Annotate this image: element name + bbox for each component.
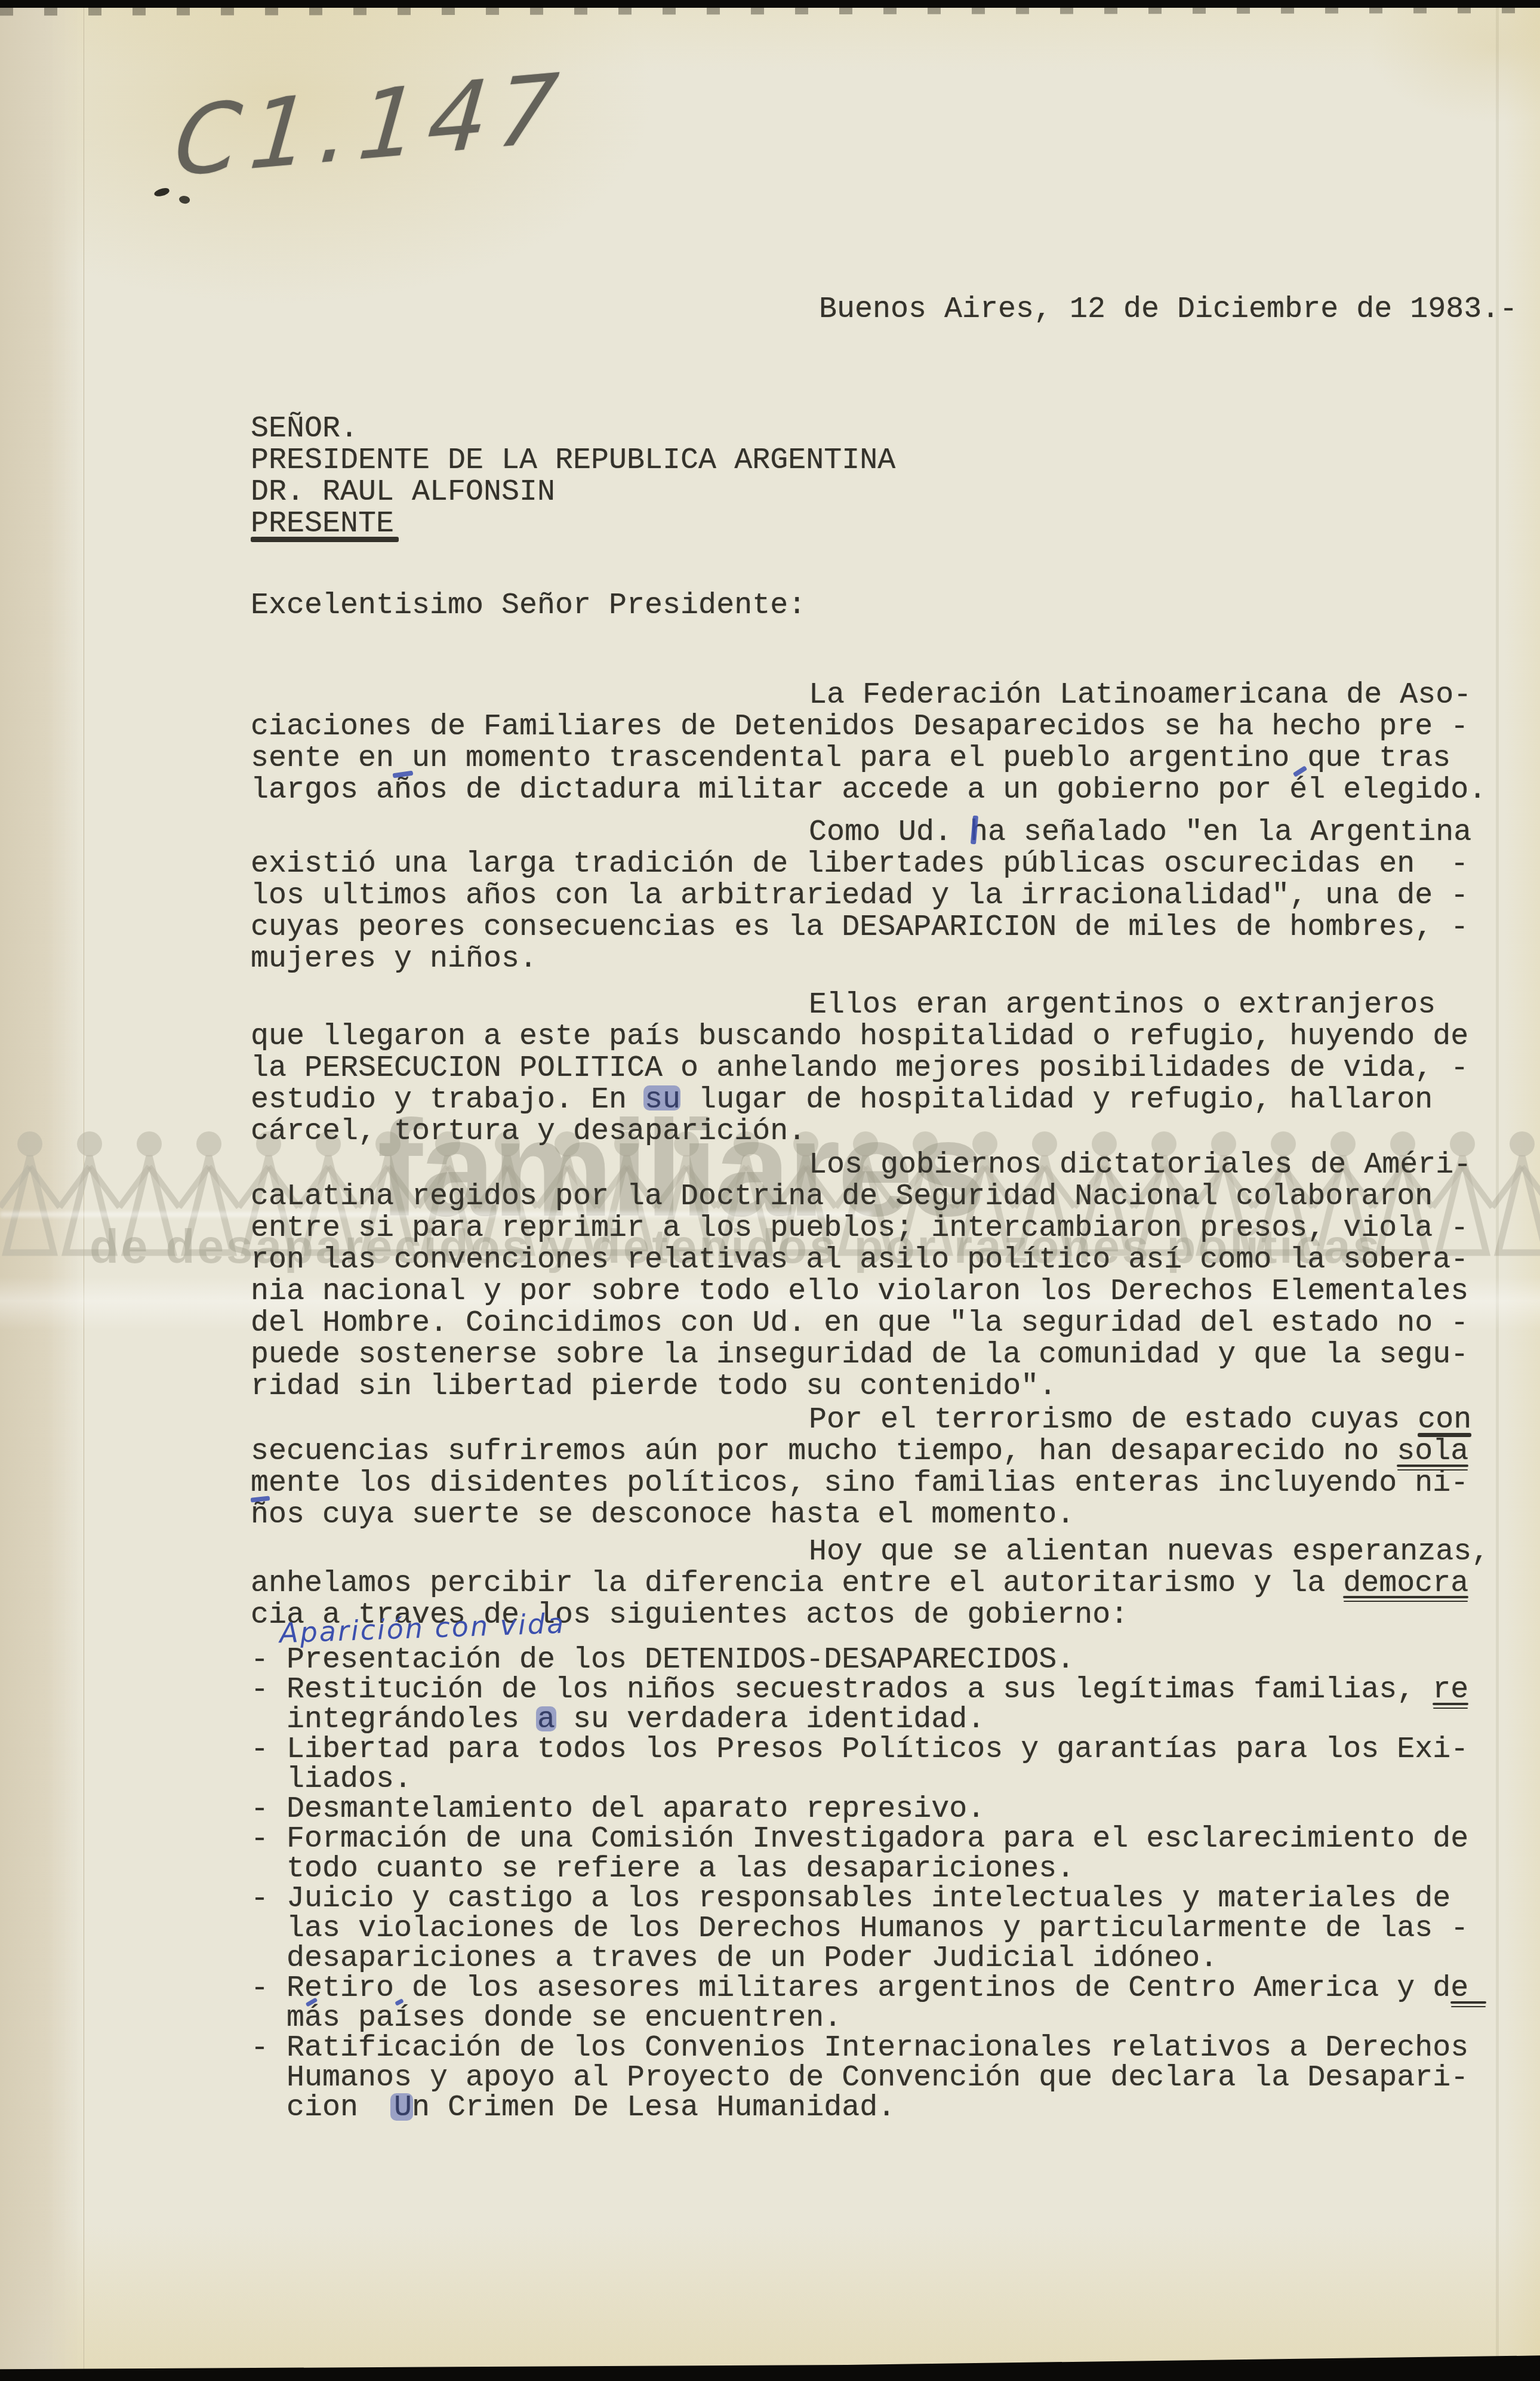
text-line: existió una larga tradición de libertade… [251,848,1471,880]
list-item: - Desmantelamiento del aparato represivo… [251,1795,1468,1825]
list-line: - Libertad para todos los Presos Polític… [251,1735,1468,1765]
text-line: secuencias sufriremos aún por mucho tiem… [251,1436,1471,1468]
text-line: cuyas peores consecuencias es la DESAPAR… [251,912,1471,943]
text-line: Como Ud. ha señalado "en la Argentina [251,817,1471,848]
list-item: - Juicio y castigo a los responsables in… [251,1884,1468,1974]
list-line: Humanos y apoyo al Proyecto de Convenció… [251,2063,1468,2093]
paragraph-3: Ellos eran argentinos o extranjerosque l… [251,989,1468,1148]
list-line: desapariciones a traves de un Poder Judi… [251,1944,1468,1974]
list-line: - Juicio y castigo a los responsables in… [251,1884,1468,1914]
text-line: entre si para reprimir a los pueblos; in… [251,1213,1471,1244]
continuation-underline [1450,2001,1486,2004]
text-line: Hoy que se alientan nuevas esperanzas, [251,1536,1489,1568]
date-line: Buenos Aires, 12 de Diciembre de 1983.- [819,294,1517,325]
list-item: - Restitución de los niños secuestrados … [251,1675,1468,1735]
list-line: liados. [251,1765,1468,1795]
ink-correction-mark [643,1085,680,1110]
text-line: que llegaron a este país buscando hospit… [251,1021,1468,1053]
list-item: - Ratificación de los Convenios Internac… [251,2034,1468,2123]
continuation-underline [1397,1465,1468,1467]
list-line: - Desmantelamiento del aparato represivo… [251,1795,1468,1825]
text-line: Los gobiernos dictatoriales de Améri- [251,1149,1471,1181]
recipient-block: SEÑOR.PRESIDENTE DE LA REPUBLICA ARGENTI… [251,413,895,540]
list-line: - Ratificación de los Convenios Internac… [251,2034,1468,2063]
list-line: - Restitución de los niños secuestrados … [251,1675,1468,1705]
text-line: SEÑOR. [251,413,895,445]
text-line: PRESENTE [251,508,895,540]
text-line: ciaciones de Familiares de Detenidos Des… [251,711,1486,743]
continuation-underline [1433,1703,1468,1705]
text-line: DR. RAUL ALFONSIN [251,476,895,508]
list-item: - Formación de una Comisión Investigador… [251,1825,1468,1884]
text-line: los ultimos años con la arbitrariedad y … [251,880,1471,912]
scanned-letter-page: familiares de desaparecidos y detenidos … [0,0,1540,2381]
ink-correction-mark [536,1706,556,1731]
text-line: cárcel, tortura y desaparición. [251,1116,1468,1148]
text-line: Ellos eran argentinos o extranjeros [251,989,1468,1021]
paragraph-4: Los gobiernos dictatoriales de Améri-caL… [251,1149,1471,1402]
list-item: - Libertad para todos los Presos Polític… [251,1735,1468,1795]
list-item: - Retiro de los asesores militares argen… [251,1974,1468,2034]
vertical-fold-crease [1496,0,1499,2381]
text-line: largos años de dictadura militar accede … [251,774,1486,806]
text-line: La Federación Latinoamericana de Aso- [251,679,1486,711]
demands-list: - Presentación de los DETENIDOS-DESAPARE… [251,1645,1468,2123]
text-line: PRESIDENTE DE LA REPUBLICA ARGENTINA [251,445,895,476]
salutation: Excelentisimo Señor Presidente: [251,590,806,622]
scan-top-edge [0,0,1540,8]
list-line: - Retiro de los asesores militares argen… [251,1974,1468,2004]
text-line: anhelamos percibir la diferencia entre e… [251,1568,1489,1599]
paragraph-5: Por el terrorismo de estado cuyas consec… [251,1404,1471,1531]
text-line: mujeres y niños. [251,943,1471,975]
paragraph-2: Como Ud. ha señalado "en la Argentinaexi… [251,817,1471,975]
text-line: estudio y trabajo. En su lugar de hospit… [251,1084,1468,1116]
text-line: ron las convenciones relativas al asilo … [251,1244,1471,1276]
continuation-underline [1343,1596,1468,1598]
text-line: la PERSECUCION POLITICA o anhelando mejo… [251,1053,1468,1084]
list-line: - Formación de una Comisión Investigador… [251,1825,1468,1854]
ink-correction-mark [390,2093,413,2121]
paragraph-1: La Federación Latinoamericana de Aso-cia… [251,679,1486,806]
list-item: - Presentación de los DETENIDOS-DESAPARE… [251,1645,1468,1675]
list-line: integrándoles a su verdadera identidad. [251,1705,1468,1735]
list-line: las violaciones de los Derechos Humanos … [251,1914,1468,1944]
text-line: puede sostenerse sobre la inseguridad de… [251,1339,1471,1371]
text-line: nia nacional y por sobre todo ello viola… [251,1276,1471,1308]
presente-underline [251,537,399,542]
continuation-underline [1418,1433,1471,1437]
list-line: - Presentación de los DETENIDOS-DESAPARE… [251,1645,1468,1675]
text-line: ños cuya suerte se desconoce hasta el mo… [251,1499,1471,1531]
text-line: ridad sin libertad pierde todo su conten… [251,1371,1471,1402]
list-line: todo cuanto se refiere a las desaparicio… [251,1854,1468,1884]
list-line: cion Un Crimen De Lesa Humanidad. [251,2093,1468,2123]
text-line: del Hombre. Coincidimos con Ud. en que "… [251,1308,1471,1339]
text-line: mente los disidentes políticos, sino fam… [251,1468,1471,1499]
text-line: Por el terrorismo de estado cuyas con [251,1404,1471,1436]
text-line: caLatina regidos por la Doctrina de Segu… [251,1181,1471,1213]
list-line: más países donde se encuentren. [251,2004,1468,2034]
